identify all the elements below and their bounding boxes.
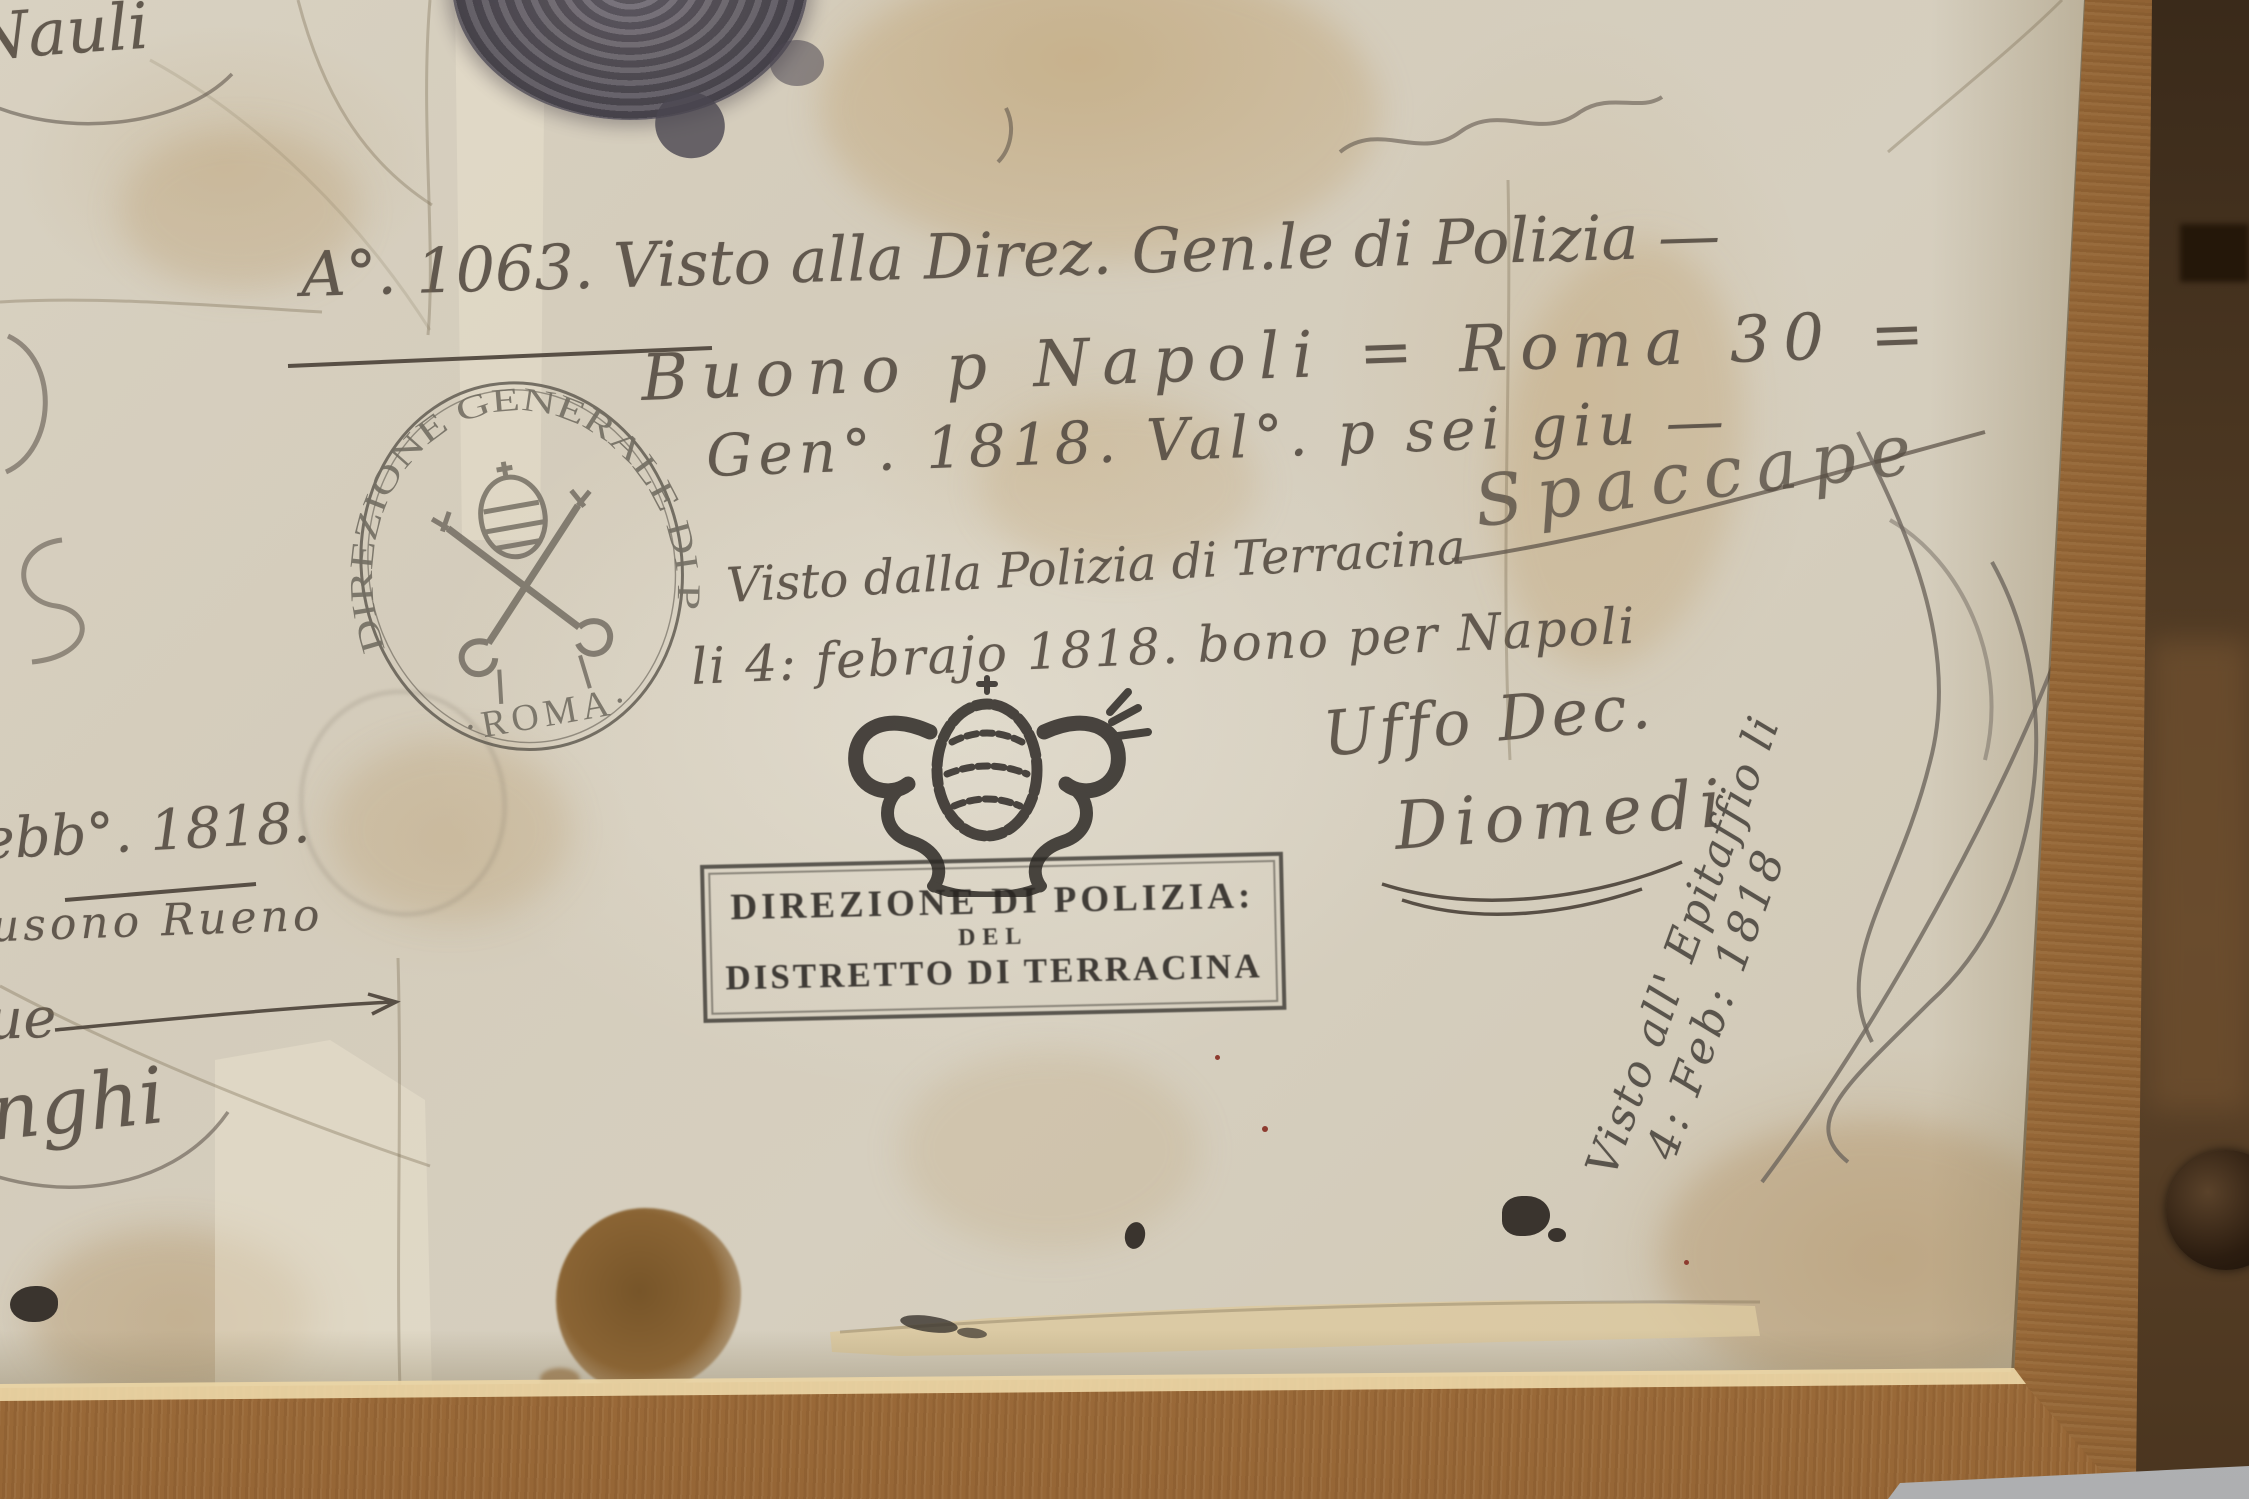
red-speck [1684, 1260, 1689, 1265]
paper-creases [0, 0, 2062, 1390]
framed-document-photo: DIREZIONE GENERALE DI POLIZIA ·ROMA· [0, 0, 2249, 1499]
red-speck [1262, 1126, 1268, 1132]
ink-blot [10, 1286, 58, 1322]
frame-gap-shadows [0, 0, 2126, 1499]
flourish-signature [1762, 432, 2062, 1182]
background-wood-patch [2150, 640, 2249, 1110]
background-slat [2180, 224, 2249, 282]
red-speck [1215, 1055, 1220, 1060]
stray-pen-marks [0, 74, 1662, 1187]
linework-overlay [0, 0, 2249, 1499]
ink-underlines [55, 348, 1985, 1030]
ink-blot [1548, 1228, 1566, 1242]
